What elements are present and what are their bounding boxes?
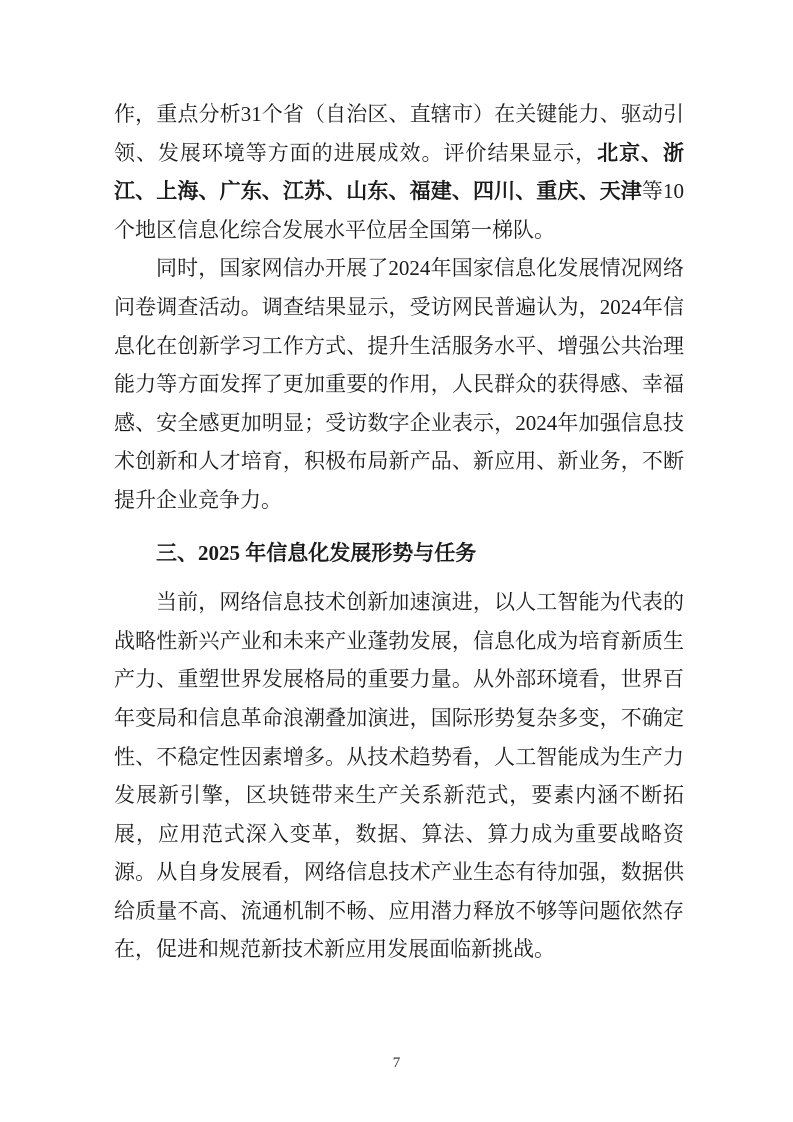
document-page: 作，重点分析31个省（自治区、直辖市）在关键能力、驱动引领、发展环境等方面的进展… <box>0 0 793 1122</box>
page-number: 7 <box>0 1055 793 1072</box>
section-heading: 三、2025 年信息化发展形势与任务 <box>114 534 684 573</box>
text-segment: 同时，国家网信办开展了2024年国家信息化发展情况网络问卷调查活动。调查结果显示… <box>114 256 684 512</box>
paragraph: 当前，网络信息技术创新加速演进，以人工智能为代表的战略性新兴产业和未来产业蓬勃发… <box>114 583 684 969</box>
paragraph: 作，重点分析31个省（自治区、直辖市）在关键能力、驱动引领、发展环境等方面的进展… <box>114 95 684 249</box>
bold-text-segment: 三、2025 年信息化发展形势与任务 <box>156 541 476 565</box>
body-text: 作，重点分析31个省（自治区、直辖市）在关键能力、驱动引领、发展环境等方面的进展… <box>114 95 684 969</box>
paragraph: 同时，国家网信办开展了2024年国家信息化发展情况网络问卷调查活动。调查结果显示… <box>114 249 684 519</box>
text-segment: 当前，网络信息技术创新加速演进，以人工智能为代表的战略性新兴产业和未来产业蓬勃发… <box>114 590 684 961</box>
